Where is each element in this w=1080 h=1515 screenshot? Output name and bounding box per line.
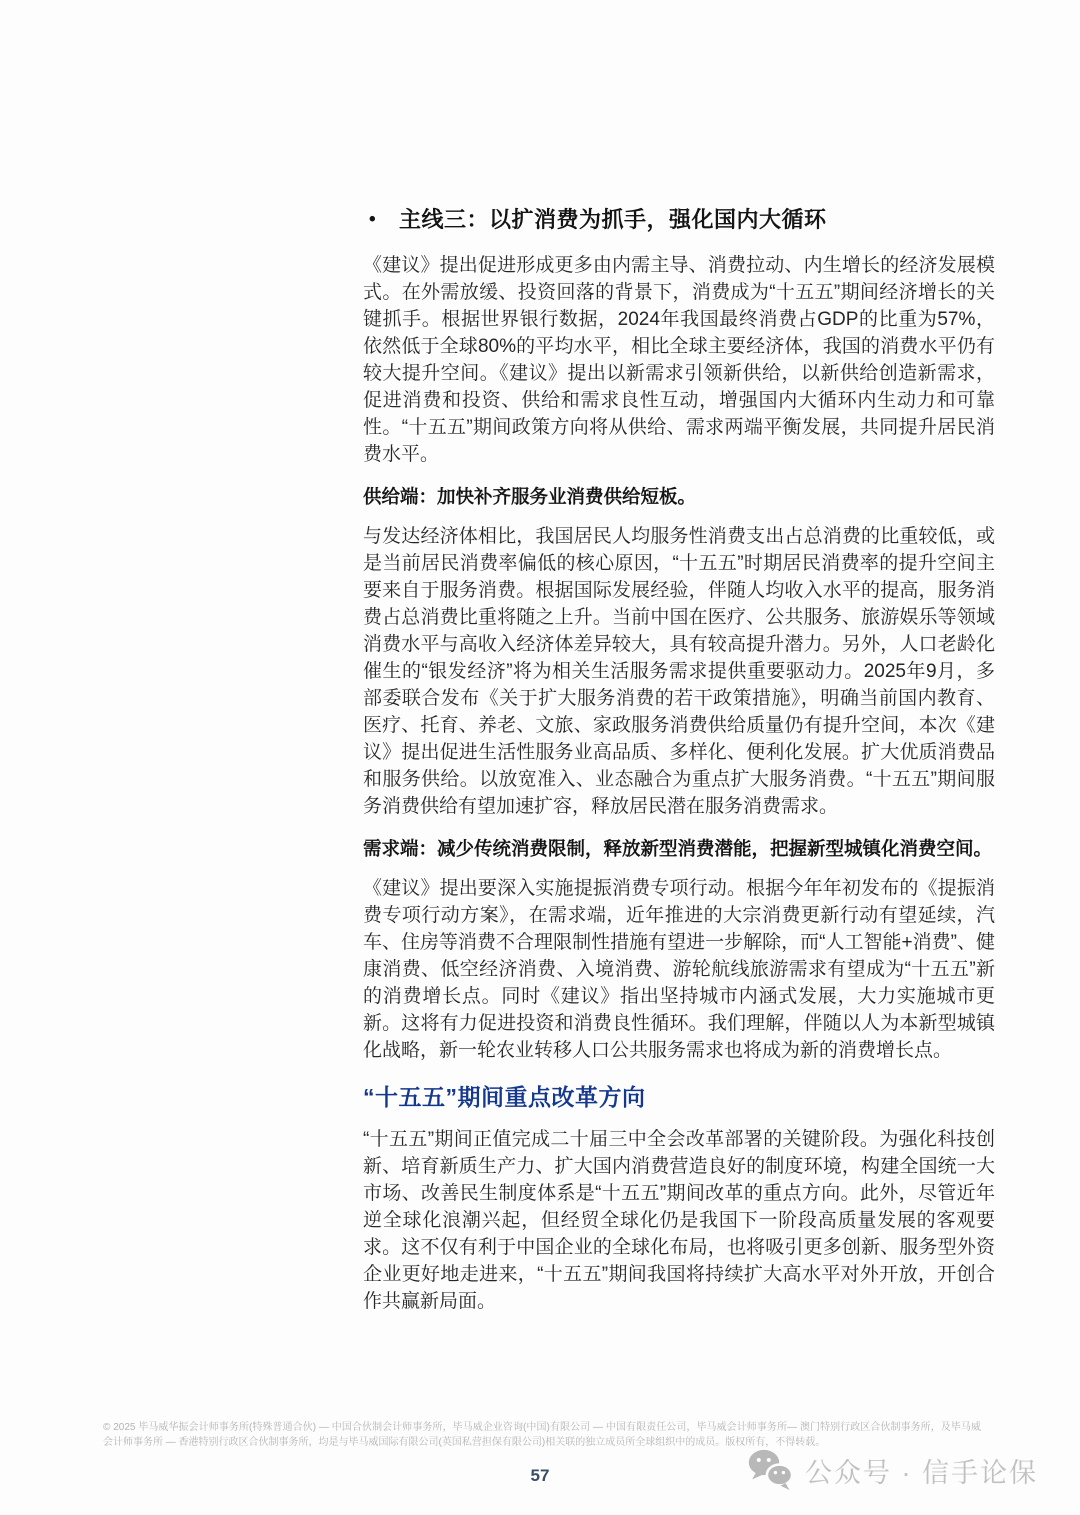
paragraph-overview: 《建议》提出促进形成更多由内需主导、消费拉动、内生增长的经济发展模式。在外需放缓… xyxy=(363,252,995,468)
subheading-supply-side: 供给端：加快补齐服务业消费供给短板。 xyxy=(363,484,995,510)
subheading-demand-side: 需求端：减少传统消费限制，释放新型消费潜能，把握新型城镇化消费空间。 xyxy=(363,836,995,862)
watermark: 公众号 · 信手论保 xyxy=(748,1449,1038,1491)
section-heading-mainline3: • 主线三：以扩消费为抓手，强化国内大循环 xyxy=(363,205,995,235)
paragraph-demand-side: 《建议》提出要深入实施提振消费专项行动。根据今年年初发布的《提振消费专项行动方案… xyxy=(363,875,995,1064)
page-footer: © 2025 毕马威华振会计师事务所(特殊普通合伙) — 中国合伙制会计师事务所… xyxy=(103,1421,981,1450)
bullet-icon: • xyxy=(363,205,399,235)
paragraph-supply-side: 与发达经济体相比，我国居民人均服务性消费支出占总消费的比重较低，或是当前居民消费… xyxy=(363,523,995,820)
copyright-text: © 2025 毕马威华振会计师事务所(特殊普通合伙) — 中国合伙制会计师事务所… xyxy=(103,1421,981,1450)
content-column: • 主线三：以扩消费为抓手，强化国内大循环 《建议》提出促进形成更多由内需主导、… xyxy=(363,205,995,1315)
paragraph-reform-directions: “十五五”期间正值完成二十届三中全会改革部署的关键阶段。为强化科技创新、培育新质… xyxy=(363,1126,995,1315)
section-heading-text: 主线三：以扩消费为抓手，强化国内大循环 xyxy=(399,205,827,235)
document-page: • 主线三：以扩消费为抓手，强化国内大循环 《建议》提出促进形成更多由内需主导、… xyxy=(0,0,1080,1515)
wechat-icon xyxy=(748,1449,794,1491)
heading-reform-directions: “十五五”期间重点改革方向 xyxy=(363,1081,995,1113)
watermark-label: 公众号 · 信手论保 xyxy=(805,1451,1038,1490)
